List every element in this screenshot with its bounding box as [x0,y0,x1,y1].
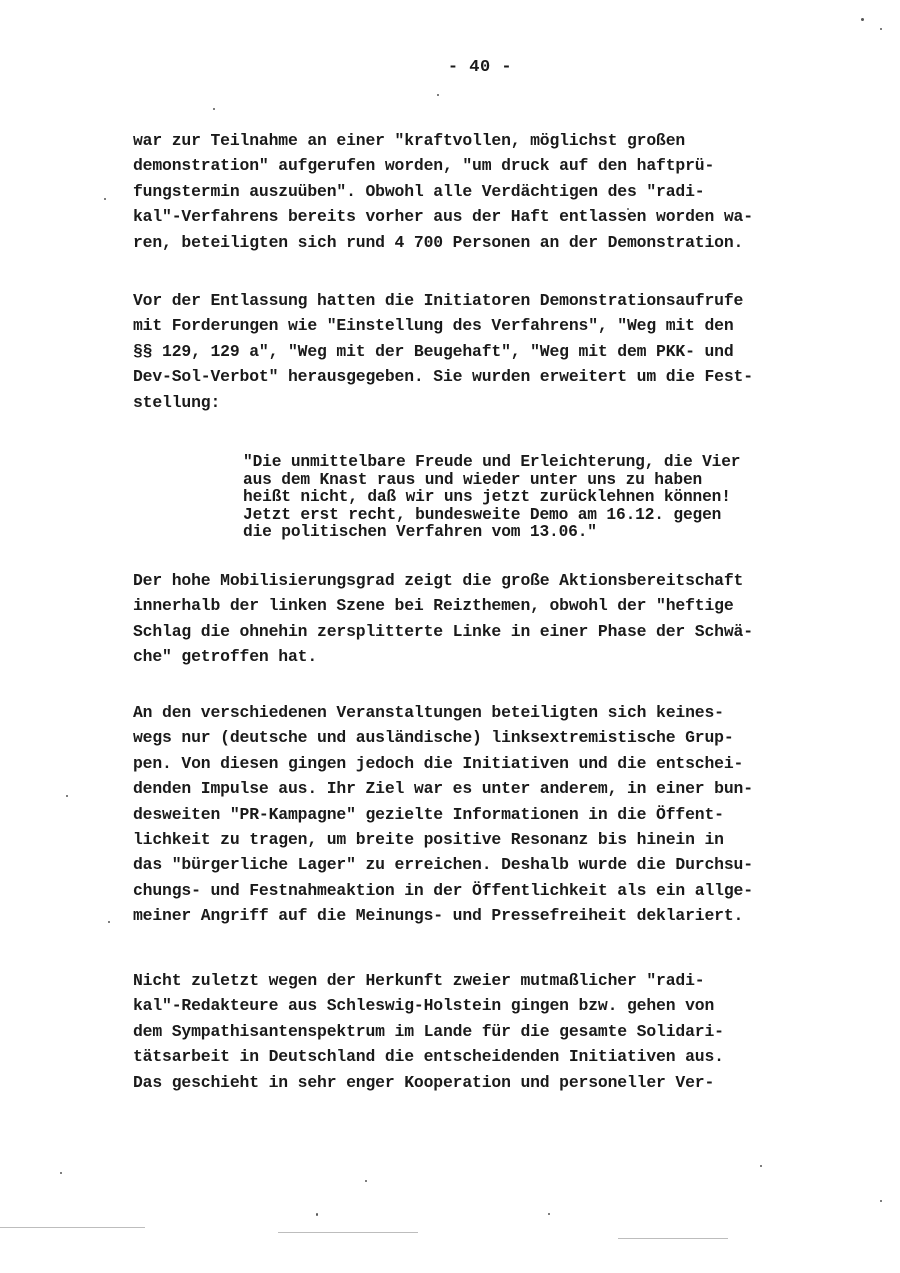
paragraph-events: An den verschiedenen Veranstaltungen bet… [133,700,853,929]
paragraph-initiators-demands: Vor der Entlassung hatten die Initiatore… [133,288,853,415]
scanned-page: - 40 - war zur Teilnahme an einer "kraft… [0,0,900,1273]
paragraph-schleswig-holstein: Nicht zuletzt wegen der Herkunft zweier … [133,968,853,1095]
paragraph-mobilisation: Der hohe Mobilisierungsgrad zeigt die gr… [133,568,853,670]
page-number: - 40 - [0,58,900,77]
block-quote: "Die unmittelbare Freude und Erleichteru… [243,454,843,542]
paragraph-demonstration-call: war zur Teilnahme an einer "kraftvollen,… [133,128,853,255]
